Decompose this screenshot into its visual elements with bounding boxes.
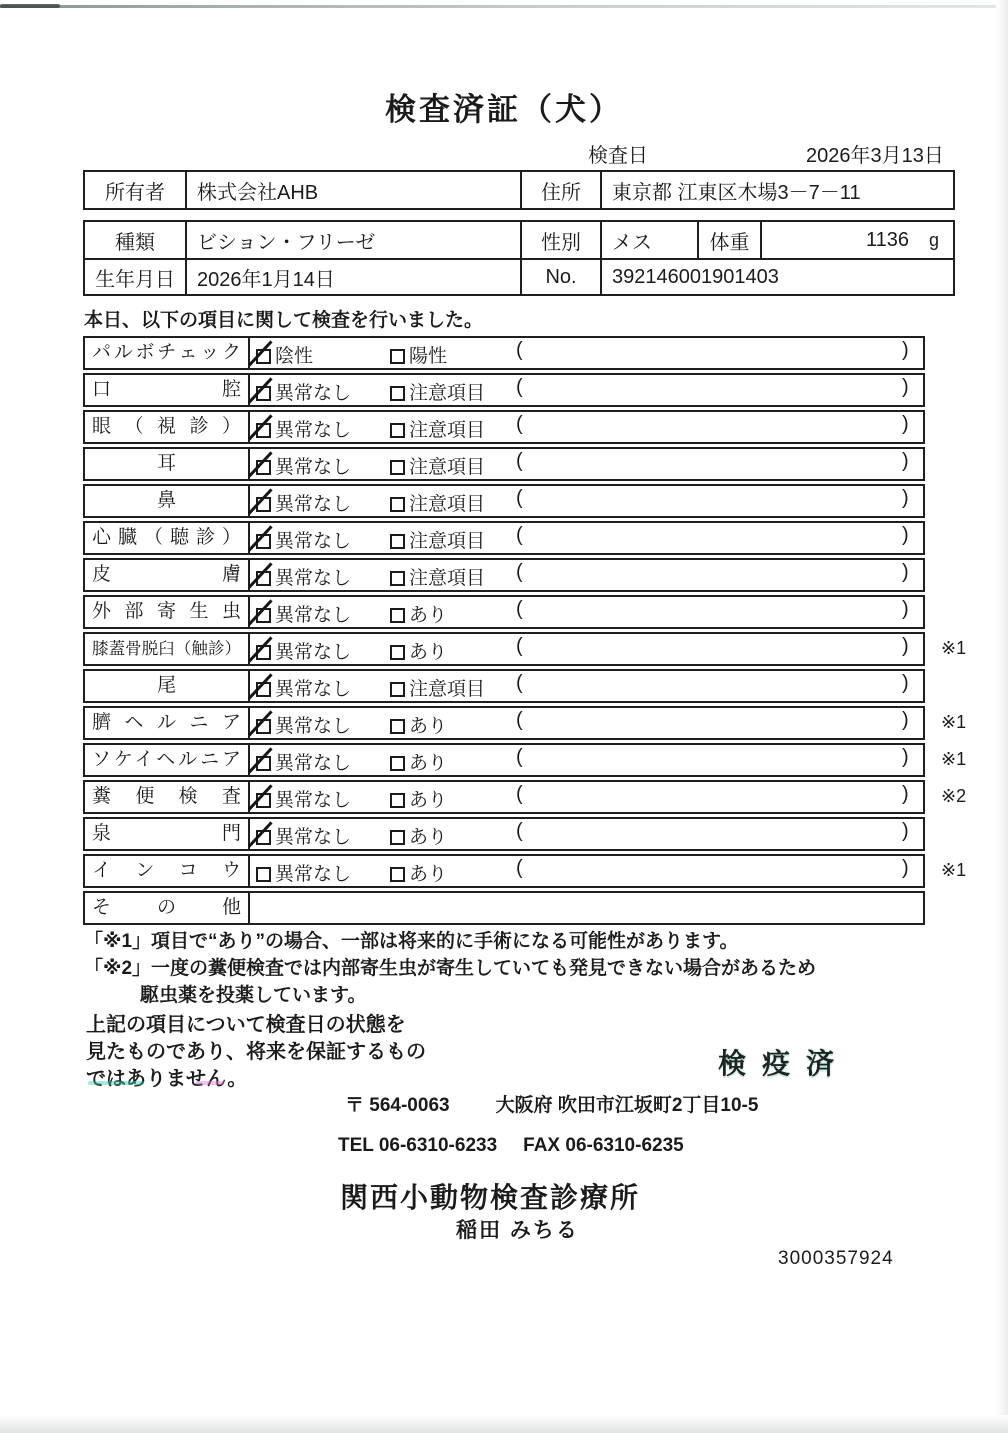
checklist-table: パルボチェック陰性陽性()口腔異常なし注意項目()眼（視診）異常なし注意項目()… bbox=[83, 336, 925, 928]
option-primary: 異常なし bbox=[256, 489, 351, 516]
remark-open-paren: ( bbox=[516, 783, 523, 806]
checkbox-checked-icon bbox=[256, 386, 271, 401]
checklist-item-options: 異常なし注意項目() bbox=[250, 560, 923, 590]
checklist-row: ソケイヘルニア異常なしあり()※1 bbox=[83, 743, 925, 777]
checklist-item-options: 異常なし注意項目() bbox=[250, 671, 923, 701]
checklist-item-options: 異常なし注意項目() bbox=[250, 412, 923, 442]
checklist-item-options: 異常なしあり() bbox=[250, 745, 923, 775]
footnote-2: 「※2」一度の糞便検査では内部寄生虫が寄生していても発見できない場合があるため bbox=[84, 955, 816, 982]
scan-artifact-bottom bbox=[0, 1415, 1008, 1433]
checklist-item-label: ソケイヘルニア bbox=[85, 745, 250, 775]
option-secondary: あり bbox=[390, 822, 447, 849]
disclaimer-line-1: 上記の項目について検査日の状態を bbox=[86, 1012, 426, 1039]
checklist-row: 口腔異常なし注意項目() bbox=[83, 373, 925, 407]
checkbox-checked-icon bbox=[256, 349, 271, 364]
checkbox-checked-icon bbox=[256, 682, 271, 697]
checkbox-checked-icon bbox=[256, 793, 271, 808]
checklist-row: その他 bbox=[83, 891, 925, 925]
veterinarian-name: 稲田 みちる bbox=[456, 1214, 579, 1244]
checklist-item-label: 口腔 bbox=[85, 375, 250, 405]
weight-unit: g bbox=[929, 230, 939, 251]
remark-close-paren: ) bbox=[902, 746, 909, 769]
checkbox-empty-icon bbox=[390, 867, 405, 882]
option-primary: 異常なし bbox=[256, 637, 351, 664]
option-primary: 異常なし bbox=[256, 452, 351, 479]
checklist-item-options: 陰性陽性() bbox=[250, 338, 923, 368]
checklist-row: 膝蓋骨脱臼（触診）異常なしあり()※1 bbox=[83, 632, 925, 666]
weight-label: 体重 bbox=[699, 222, 762, 258]
checkbox-empty-icon bbox=[390, 460, 405, 475]
checklist-row: 泉門異常なしあり() bbox=[83, 817, 925, 851]
checklist-item-label: 糞便検査 bbox=[85, 782, 250, 812]
weight-value-cell: 1136 g bbox=[762, 222, 953, 258]
intro-text: 本日、以下の項目に関して検査を行いました。 bbox=[84, 305, 483, 332]
checklist-item-label: 心臓（聴診） bbox=[85, 523, 250, 553]
remark-open-paren: ( bbox=[516, 524, 523, 547]
quarantine-stamp: 検疫済 bbox=[718, 1042, 850, 1082]
checklist-item-label: 耳 bbox=[85, 449, 250, 479]
checklist-item-options: 異常なし注意項目() bbox=[250, 449, 923, 479]
checklist-row: 鼻異常なし注意項目() bbox=[83, 484, 925, 518]
checkbox-checked-icon bbox=[256, 645, 271, 660]
checklist-item-label: 眼（視診） bbox=[85, 412, 250, 442]
remark-close-paren: ) bbox=[902, 524, 909, 547]
option-secondary: 注意項目 bbox=[390, 489, 485, 516]
checklist-item-label: 尾 bbox=[85, 671, 250, 701]
footnote-1: 「※1」項目で“あり”の場合、一部は将来的に手術になる可能性があります。 bbox=[84, 928, 816, 955]
checklist-item-options: 異常なしあり() bbox=[250, 819, 923, 849]
checklist-item-options: 異常なし注意項目() bbox=[250, 375, 923, 405]
remark-close-paren: ) bbox=[902, 450, 909, 473]
checklist-item-label: 膝蓋骨脱臼（触診） bbox=[85, 634, 250, 664]
checkbox-empty-icon bbox=[390, 386, 405, 401]
checklist-item-label: パルボチェック bbox=[85, 338, 250, 368]
remark-open-paren: ( bbox=[516, 339, 523, 362]
checklist-item-options: 異常なし注意項目() bbox=[250, 523, 923, 553]
option-secondary: 注意項目 bbox=[390, 378, 485, 405]
remark-close-paren: ) bbox=[902, 820, 909, 843]
option-primary: 異常なし bbox=[256, 378, 351, 405]
birth-row: 生年月日 2026年1月14日 No. 392146001901403 bbox=[85, 258, 953, 294]
address-label: 住所 bbox=[522, 172, 602, 208]
remark-open-paren: ( bbox=[516, 820, 523, 843]
scan-artifact-magenta bbox=[196, 1081, 224, 1085]
disclaimer-line-3: ではありません。 bbox=[86, 1066, 426, 1093]
checkbox-empty-icon bbox=[390, 682, 405, 697]
option-primary: 異常なし bbox=[256, 822, 351, 849]
option-primary: 異常なし bbox=[256, 600, 351, 627]
option-primary: 異常なし bbox=[256, 785, 351, 812]
footnote-mark: ※1 bbox=[941, 860, 966, 881]
checkbox-empty-icon bbox=[390, 423, 405, 438]
owner-label: 所有者 bbox=[85, 172, 187, 208]
remark-open-paren: ( bbox=[516, 598, 523, 621]
remark-close-paren: ) bbox=[902, 376, 909, 399]
footnote-mark: ※2 bbox=[941, 786, 966, 807]
checklist-item-label: 外部寄生虫 bbox=[85, 597, 250, 627]
address-value: 東京都 江東区木場3－7－11 bbox=[602, 172, 953, 208]
checkbox-checked-icon bbox=[256, 830, 271, 845]
checklist-row: 臍ヘルニア異常なしあり()※1 bbox=[83, 706, 925, 740]
option-primary: 異常なし bbox=[256, 415, 351, 442]
option-secondary: 注意項目 bbox=[390, 674, 485, 701]
birth-label: 生年月日 bbox=[85, 260, 187, 294]
checklist-item-label: 皮膚 bbox=[85, 560, 250, 590]
remark-open-paren: ( bbox=[516, 376, 523, 399]
footnote-mark: ※1 bbox=[941, 712, 966, 733]
certificate-page: 検査済証（犬） 検査日 2026年3月13日 所有者 株式会社AHB 住所 東京… bbox=[0, 0, 1008, 1433]
checkbox-empty-icon bbox=[390, 534, 405, 549]
checklist-row: 耳異常なし注意項目() bbox=[83, 447, 925, 481]
checklist-item-label: 泉門 bbox=[85, 819, 250, 849]
checklist-item-options bbox=[250, 893, 923, 923]
checklist-row: 外部寄生虫異常なしあり() bbox=[83, 595, 925, 629]
checklist-row: インコウ異常なしあり()※1 bbox=[83, 854, 925, 888]
checklist-item-options: 異常なしあり() bbox=[250, 856, 923, 886]
checkbox-checked-icon bbox=[256, 534, 271, 549]
checklist-item-options: 異常なしあり() bbox=[250, 782, 923, 812]
checkbox-empty-icon bbox=[390, 497, 405, 512]
breed-row: 種類 ビション・フリーゼ 性別 メス 体重 1136 g bbox=[85, 222, 953, 258]
checklist-row: 尾異常なし注意項目() bbox=[83, 669, 925, 703]
remark-open-paren: ( bbox=[516, 709, 523, 732]
remark-open-paren: ( bbox=[516, 857, 523, 880]
checkbox-empty-icon bbox=[390, 756, 405, 771]
option-primary: 異常なし bbox=[256, 526, 351, 553]
owner-value: 株式会社AHB bbox=[187, 172, 522, 208]
sex-label: 性別 bbox=[522, 222, 602, 258]
checkbox-checked-icon bbox=[256, 608, 271, 623]
scan-artifact-cyan bbox=[88, 1081, 144, 1085]
remark-open-paren: ( bbox=[516, 561, 523, 584]
footnote-mark: ※1 bbox=[941, 749, 966, 770]
option-secondary: あり bbox=[390, 748, 447, 775]
inspection-date-label: 検査日 bbox=[588, 139, 648, 168]
remark-open-paren: ( bbox=[516, 413, 523, 436]
remark-open-paren: ( bbox=[516, 487, 523, 510]
remark-close-paren: ) bbox=[902, 561, 909, 584]
checklist-item-label: 臍ヘルニア bbox=[85, 708, 250, 738]
weight-value: 1136 bbox=[866, 229, 909, 252]
option-primary: 異常なし bbox=[256, 711, 351, 738]
checklist-row: 皮膚異常なし注意項目() bbox=[83, 558, 925, 592]
checkbox-checked-icon bbox=[256, 571, 271, 586]
scan-artifact-top bbox=[0, 5, 1008, 8]
checkbox-empty-icon bbox=[256, 867, 271, 882]
remark-close-paren: ) bbox=[902, 413, 909, 436]
page-title: 検査済証（犬） bbox=[0, 84, 1008, 129]
checkbox-empty-icon bbox=[390, 719, 405, 734]
footnotes: 「※1」項目で“あり”の場合、一部は将来的に手術になる可能性があります。 「※2… bbox=[84, 928, 816, 1009]
option-primary: 異常なし bbox=[256, 563, 351, 590]
checkbox-checked-icon bbox=[256, 756, 271, 771]
postal-code: 〒 564-0063 bbox=[345, 1095, 450, 1116]
remark-close-paren: ) bbox=[902, 857, 909, 880]
breed-value: ビション・フリーゼ bbox=[187, 222, 522, 258]
checkbox-checked-icon bbox=[256, 460, 271, 475]
remark-close-paren: ) bbox=[902, 598, 909, 621]
remark-close-paren: ) bbox=[902, 709, 909, 732]
sex-value: メス bbox=[602, 222, 699, 258]
remark-open-paren: ( bbox=[516, 746, 523, 769]
scan-artifact-top-left bbox=[0, 4, 60, 8]
owner-table: 所有者 株式会社AHB 住所 東京都 江東区木場3－7－11 bbox=[83, 170, 955, 210]
checklist-row: 糞便検査異常なしあり()※2 bbox=[83, 780, 925, 814]
remark-close-paren: ) bbox=[902, 672, 909, 695]
inspection-date-value: 2026年3月13日 bbox=[806, 139, 944, 168]
remark-open-paren: ( bbox=[516, 635, 523, 658]
disclaimer-line-2: 見たものであり、将来を保証するもの bbox=[86, 1039, 426, 1066]
checkbox-empty-icon bbox=[390, 793, 405, 808]
serial-number: 3000357924 bbox=[778, 1248, 894, 1270]
checkbox-checked-icon bbox=[256, 423, 271, 438]
owner-row: 所有者 株式会社AHB 住所 東京都 江東区木場3－7－11 bbox=[85, 172, 953, 208]
clinic-tel: TEL 06-6310-6233 bbox=[338, 1135, 497, 1156]
option-primary: 異常なし bbox=[256, 674, 351, 701]
pet-table: 種類 ビション・フリーゼ 性別 メス 体重 1136 g 生年月日 2026年1… bbox=[83, 220, 955, 296]
footnote-mark: ※1 bbox=[941, 638, 966, 659]
remark-close-paren: ) bbox=[902, 635, 909, 658]
checklist-item-options: 異常なし注意項目() bbox=[250, 486, 923, 516]
clinic-address-line: 〒 564-0063大阪府 吹田市江坂町2丁目10-5 bbox=[345, 1090, 758, 1117]
option-secondary: 注意項目 bbox=[390, 526, 485, 553]
checkbox-empty-icon bbox=[390, 349, 405, 364]
remark-open-paren: ( bbox=[516, 450, 523, 473]
remark-close-paren: ) bbox=[902, 339, 909, 362]
checklist-item-options: 異常なしあり() bbox=[250, 634, 923, 664]
checkbox-empty-icon bbox=[390, 830, 405, 845]
remark-close-paren: ) bbox=[902, 487, 909, 510]
clinic-address: 大阪府 吹田市江坂町2丁目10-5 bbox=[496, 1095, 759, 1116]
footnote-2b: 駆虫薬を投薬しています。 bbox=[84, 982, 816, 1009]
number-value: 392146001901403 bbox=[602, 260, 953, 294]
checklist-item-label: その他 bbox=[85, 893, 250, 923]
checklist-row: 眼（視診）異常なし注意項目() bbox=[83, 410, 925, 444]
option-secondary: 注意項目 bbox=[390, 563, 485, 590]
checkbox-empty-icon bbox=[390, 608, 405, 623]
checkbox-empty-icon bbox=[390, 645, 405, 660]
option-secondary: 陽性 bbox=[390, 341, 447, 368]
clinic-name: 関西小動物検査診療所 bbox=[340, 1176, 640, 1216]
clinic-fax: FAX 06-6310-6235 bbox=[523, 1135, 684, 1156]
option-secondary: あり bbox=[390, 637, 447, 664]
breed-label: 種類 bbox=[85, 222, 187, 258]
birth-value: 2026年1月14日 bbox=[187, 260, 522, 294]
checklist-item-label: 鼻 bbox=[85, 486, 250, 516]
remark-close-paren: ) bbox=[902, 783, 909, 806]
checklist-item-label: インコウ bbox=[85, 856, 250, 886]
option-primary: 陰性 bbox=[256, 341, 313, 368]
remark-open-paren: ( bbox=[516, 672, 523, 695]
checklist-row: パルボチェック陰性陽性() bbox=[83, 336, 925, 370]
option-secondary: 注意項目 bbox=[390, 415, 485, 442]
checkbox-checked-icon bbox=[256, 497, 271, 512]
option-primary: 異常なし bbox=[256, 748, 351, 775]
option-secondary: あり bbox=[390, 711, 447, 738]
number-label: No. bbox=[522, 260, 602, 294]
option-secondary: あり bbox=[390, 785, 447, 812]
checkbox-empty-icon bbox=[390, 571, 405, 586]
checkbox-checked-icon bbox=[256, 719, 271, 734]
scan-artifact-right bbox=[996, 0, 1008, 1433]
checklist-item-options: 異常なしあり() bbox=[250, 597, 923, 627]
option-secondary: あり bbox=[390, 859, 447, 886]
checklist-row: 心臓（聴診）異常なし注意項目() bbox=[83, 521, 925, 555]
clinic-phone-line: TEL 06-6310-6233FAX 06-6310-6235 bbox=[338, 1135, 684, 1157]
option-secondary: あり bbox=[390, 600, 447, 627]
option-primary: 異常なし bbox=[256, 859, 351, 886]
checklist-item-options: 異常なしあり() bbox=[250, 708, 923, 738]
option-secondary: 注意項目 bbox=[390, 452, 485, 479]
